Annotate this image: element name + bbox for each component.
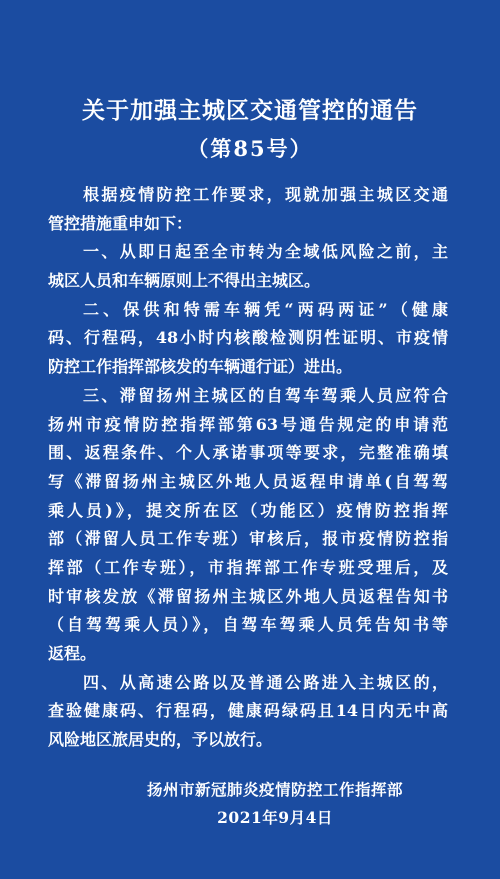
item-1-line: 一、从即日起至全市转为全域低风险之前，主 bbox=[48, 238, 448, 267]
item-2-line: 码、行程码，48小时内核酸检测阴性证明、市疫情 bbox=[48, 324, 448, 353]
item-3-line: 围、返程条件、个人承诺事项等要求，完整准确填 bbox=[48, 439, 448, 468]
item-1-line: 城区人员和车辆原则上不得出主城区。 bbox=[48, 267, 448, 296]
item-4-line: 风险地区旅居史的，予以放行。 bbox=[48, 726, 448, 755]
notice-title: 关于加强主城区交通管控的通告 bbox=[0, 96, 500, 126]
signature-organization: 扬州市新冠肺炎疫情防控工作指挥部 bbox=[0, 778, 500, 800]
item-3-line: 部（滞留人员工作专班）审核后，报市疫情防控指 bbox=[48, 525, 448, 554]
notice-number: （第85号） bbox=[0, 134, 500, 164]
intro-line: 管控措施重申如下： bbox=[48, 210, 448, 239]
item-3-line: 扬州市疫情防控指挥部第63号通告规定的申请范 bbox=[48, 411, 448, 440]
item-3-line: 时审核发放《滞留扬州主城区外地人员返程告知书 bbox=[48, 583, 448, 612]
item-4-line: 四、从高速公路以及普通公路进入主城区的， bbox=[48, 669, 448, 698]
item-3-line: 挥部（工作专班），市指挥部工作专班受理后，及 bbox=[48, 554, 448, 583]
item-3-line: 写《滞留扬州主城区外地人员返程申请单(自驾驾 bbox=[48, 468, 448, 497]
item-4-line: 查验健康码、行程码，健康码绿码且14日内无中高 bbox=[48, 697, 448, 726]
item-2-line: 防控工作指挥部核发的车辆通行证）进出。 bbox=[48, 353, 448, 382]
intro-line: 根据疫情防控工作要求，现就加强主城区交通 bbox=[48, 181, 448, 210]
signature-date: 2021年9月4日 bbox=[0, 806, 500, 828]
item-2-line: 二、保供和特需车辆凭“两码两证”（健康 bbox=[48, 296, 448, 325]
item-3-line: （自驾驾乘人员）》，自驾车驾乘人员凭告知书等 bbox=[48, 611, 448, 640]
item-3-line: 返程。 bbox=[48, 640, 448, 669]
item-3-line: 乘人员)》，提交所在区（功能区）疫情防控指挥 bbox=[48, 497, 448, 526]
notice-body: 根据疫情防控工作要求，现就加强主城区交通 管控措施重申如下： 一、从即日起至全市… bbox=[48, 181, 448, 755]
item-3-line: 三、滞留扬州主城区的自驾车驾乘人员应符合 bbox=[48, 382, 448, 411]
